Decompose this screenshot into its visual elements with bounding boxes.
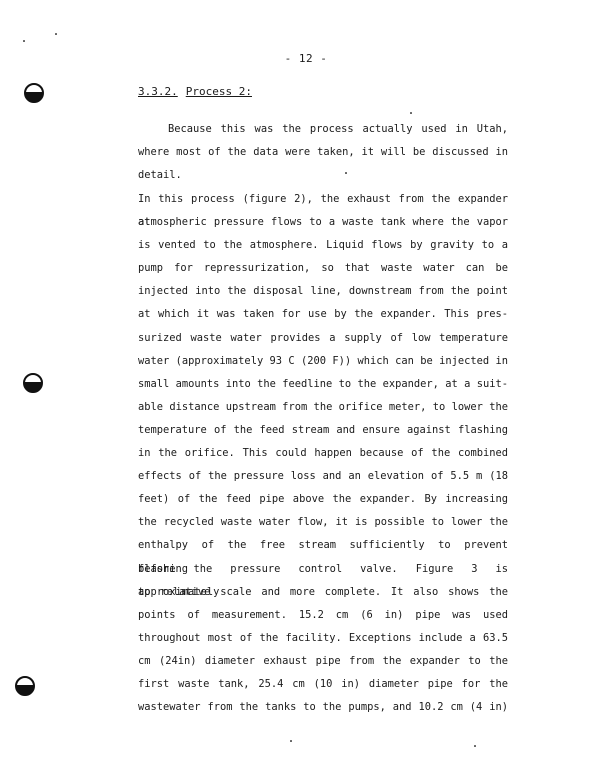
punch-hole-middle	[23, 373, 43, 393]
text-line: detail.	[138, 164, 508, 187]
text-line: enthalpy of the free stream sufficiently…	[138, 534, 508, 557]
text-line: is vented to the atmosphere. Liquid flow…	[138, 234, 508, 257]
text-line: atmospheric pressure flows to a waste ta…	[138, 211, 508, 234]
text-line: wastewater from the tanks to the pumps, …	[138, 696, 508, 719]
text-line: to relative scale and more complete. It …	[138, 581, 508, 604]
text-line: in the orifice. This could happen becaus…	[138, 442, 508, 465]
text-line: feet) of the feed pipe above the expande…	[138, 488, 508, 511]
section-number: 3.3.2.	[138, 85, 178, 98]
paragraph-1: Because this was the process actually us…	[138, 118, 508, 187]
text-line: at which it was taken for use by the exp…	[138, 303, 508, 326]
page-number: - 12 -	[0, 52, 612, 65]
text-line: effects of the pressure loss and an elev…	[138, 465, 508, 488]
text-line: cm (24in) diameter exhaust pipe from the…	[138, 650, 508, 673]
text-line: temperature of the feed stream and ensur…	[138, 419, 508, 442]
section-heading: 3.3.2.Process 2:	[138, 85, 252, 98]
punch-hole-top	[24, 83, 44, 103]
section-title: Process 2:	[186, 85, 252, 98]
punch-hole-bottom	[15, 676, 35, 696]
scan-speck	[55, 33, 57, 35]
text-line: injected into the disposal line, downstr…	[138, 280, 508, 303]
text-line: In this process (figure 2), the exhaust …	[138, 188, 508, 211]
text-line: first waste tank, 25.4 cm (10 in) diamet…	[138, 673, 508, 696]
scan-speck	[474, 745, 476, 747]
text-line: before the pressure control valve. Figur…	[138, 558, 508, 581]
text-line: points of measurement. 15.2 cm (6 in) pi…	[138, 604, 508, 627]
text-line: small amounts into the feedline to the e…	[138, 373, 508, 396]
text-line: the recycled waste water flow, it is pos…	[138, 511, 508, 534]
text-line: where most of the data were taken, it wi…	[138, 141, 508, 164]
text-line: able distance upstream from the orifice …	[138, 396, 508, 419]
scan-speck	[290, 740, 292, 742]
text-line: surized waste water provides a supply of…	[138, 327, 508, 350]
scan-speck	[23, 40, 25, 42]
text-line: pump for repressurization, so that waste…	[138, 257, 508, 280]
paragraph-2: In this process (figure 2), the exhaust …	[138, 188, 508, 719]
text-line: water (approximately 93 C (200 F)) which…	[138, 350, 508, 373]
text-line: Because this was the process actually us…	[138, 118, 508, 141]
scan-speck	[410, 112, 412, 114]
text-line: throughout most of the facility. Excepti…	[138, 627, 508, 650]
